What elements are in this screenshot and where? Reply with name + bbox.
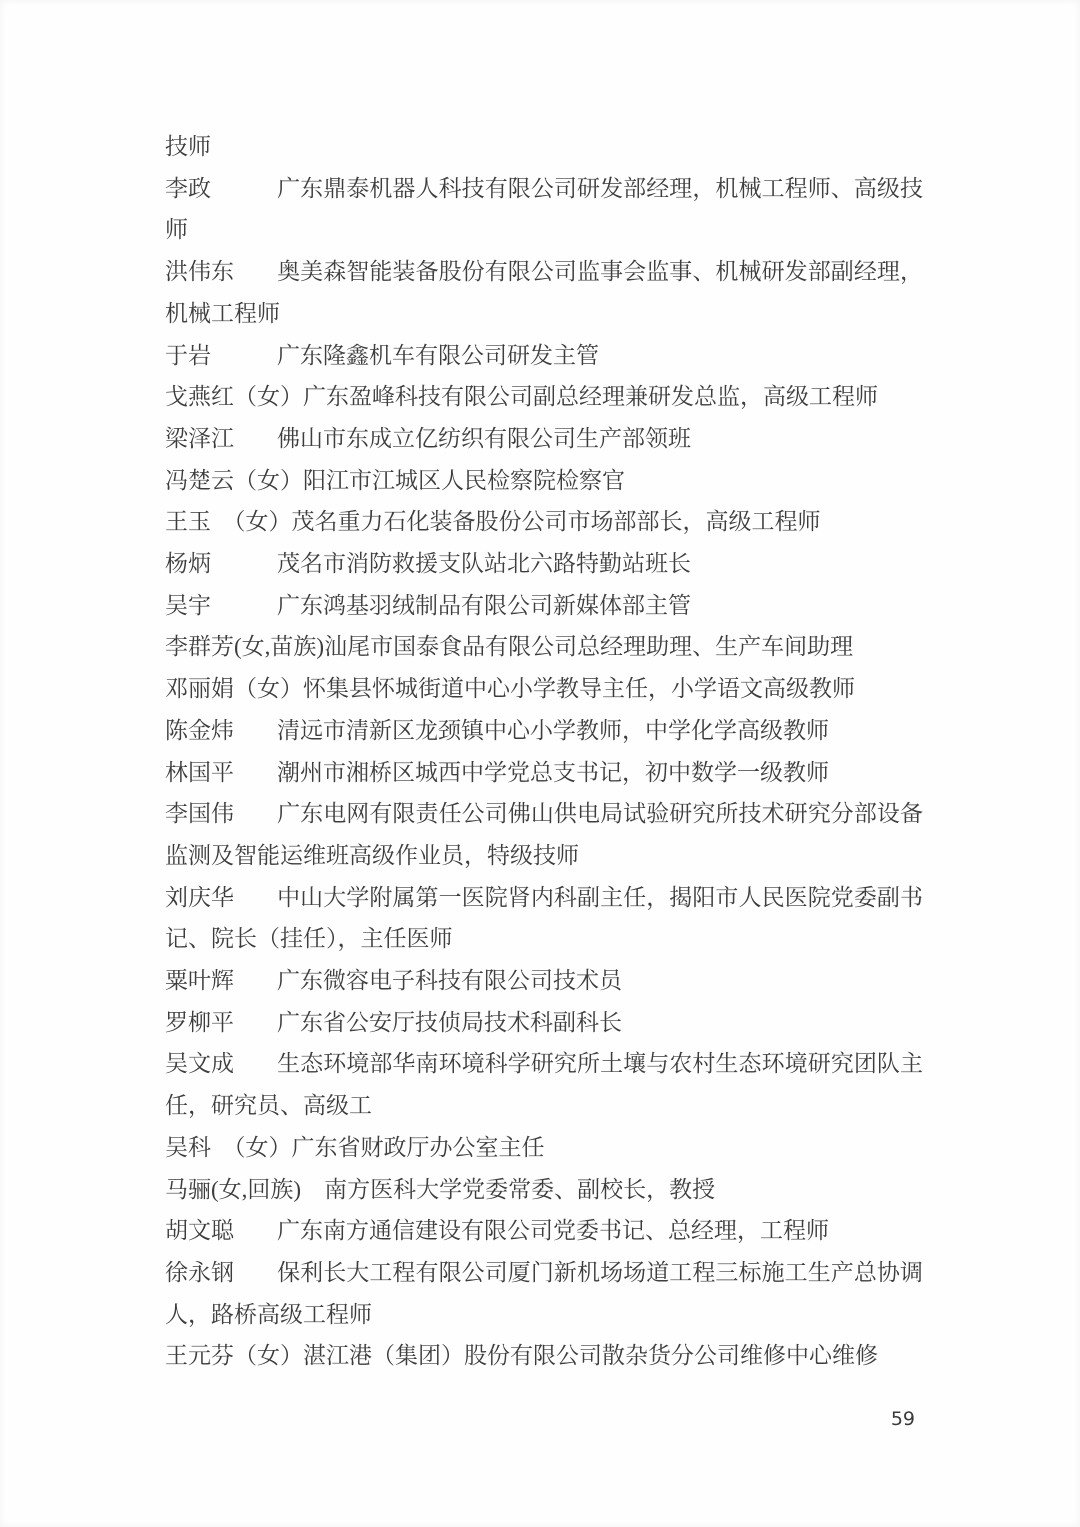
- person-title: 广东鼎泰机器人科技有限公司研发部经理，机械工程师、高级技师: [165, 176, 923, 243]
- person-name: 技师: [165, 126, 277, 168]
- person-name: 冯楚云（女）: [165, 460, 303, 502]
- list-item: 马骊(女,回族) 南方医科大学党委常委、副校长，教授: [165, 1169, 923, 1211]
- person-name: 邓丽娟（女）: [165, 668, 303, 710]
- person-title: 广东鸿基羽绒制品有限公司新媒体部主管: [277, 593, 691, 618]
- person-title: 广东电网有限责任公司佛山供电局试验研究所技术研究分部设备监测及智能运维班高级作业…: [165, 801, 923, 868]
- list-item: 粟叶辉广东微容电子科技有限公司技术员: [165, 960, 923, 1002]
- document-page: 技师 李政广东鼎泰机器人科技有限公司研发部经理，机械工程师、高级技师 洪伟东奥美…: [0, 0, 1080, 1527]
- person-title: 南方医科大学党委常委、副校长，教授: [324, 1177, 715, 1202]
- list-item: 于岩广东隆鑫机车有限公司研发主管: [165, 335, 923, 377]
- list-item: 李国伟广东电网有限责任公司佛山供电局试验研究所技术研究分部设备监测及智能运维班高…: [165, 793, 923, 876]
- person-name: 粟叶辉: [165, 960, 277, 1002]
- page-number: 59: [891, 1408, 915, 1430]
- person-title: 潮州市湘桥区城西中学党总支书记，初中数学一级教师: [277, 760, 829, 785]
- person-title: 茂名重力石化装备股份公司市场部部长，高级工程师: [292, 509, 821, 534]
- person-title: 汕尾市国泰食品有限公司总经理助理、生产车间助理: [324, 634, 853, 659]
- person-name: 陈金炜: [165, 710, 277, 752]
- person-title: 广东盈峰科技有限公司副总经理兼研发总监，高级工程师: [303, 384, 878, 409]
- person-name: 王元芬（女）: [165, 1335, 303, 1377]
- list-item: 梁泽江佛山市东成立亿纺织有限公司生产部领班: [165, 418, 923, 460]
- person-title: 广东南方通信建设有限公司党委书记、总经理，工程师: [277, 1218, 829, 1243]
- person-title: 湛江港（集团）股份有限公司散杂货分公司维修中心维修: [303, 1343, 878, 1368]
- person-name: 吴宇: [165, 585, 277, 627]
- person-title: 广东隆鑫机车有限公司研发主管: [277, 343, 599, 368]
- person-title: 清远市清新区龙颈镇中心小学教师，中学化学高级教师: [277, 718, 829, 743]
- list-item: 徐永钢保利长大工程有限公司厦门新机场场道工程三标施工生产总协调人，路桥高级工程师: [165, 1252, 923, 1335]
- person-name: 李群芳(女,苗族): [165, 626, 324, 668]
- person-title: 怀集县怀城街道中心小学教导主任，小学语文高级教师: [303, 676, 855, 701]
- list-item: 吴文成生态环境部华南环境科学研究所土壤与农村生态环境研究团队主任，研究员、高级工: [165, 1043, 923, 1126]
- list-item: 戈燕红（女）广东盈峰科技有限公司副总经理兼研发总监，高级工程师: [165, 376, 923, 418]
- person-name: 洪伟东: [165, 251, 277, 293]
- person-name: 李政: [165, 168, 277, 210]
- person-title: 广东省公安厅技侦局技术科副科长: [277, 1010, 622, 1035]
- person-name: 罗柳平: [165, 1002, 277, 1044]
- list-item: 李政广东鼎泰机器人科技有限公司研发部经理，机械工程师、高级技师: [165, 168, 923, 251]
- person-name: 戈燕红（女）: [165, 376, 303, 418]
- person-title: 阳江市江城区人民检察院检察官: [303, 468, 625, 493]
- list-item: 洪伟东奥美森智能装备股份有限公司监事会监事、机械研发部副经理，机械工程师: [165, 251, 923, 334]
- person-name: 胡文聪: [165, 1210, 277, 1252]
- person-title: 广东省财政厅办公室主任: [292, 1135, 545, 1160]
- list-item: 林国平潮州市湘桥区城西中学党总支书记，初中数学一级教师: [165, 752, 923, 794]
- list-item: 吴科 （女）广东省财政厅办公室主任: [165, 1127, 923, 1169]
- person-title: 佛山市东成立亿纺织有限公司生产部领班: [277, 426, 691, 451]
- list-item: 冯楚云（女）阳江市江城区人民检察院检察官: [165, 460, 923, 502]
- person-name: 马骊(女,回族): [165, 1169, 324, 1211]
- person-name: 王玉 （女）: [165, 501, 292, 543]
- person-name: 李国伟: [165, 793, 277, 835]
- list-item: 刘庆华中山大学附属第一医院肾内科副主任，揭阳市人民医院党委副书记、院长（挂任），…: [165, 877, 923, 960]
- list-item: 李群芳(女,苗族)汕尾市国泰食品有限公司总经理助理、生产车间助理: [165, 626, 923, 668]
- person-name: 徐永钢: [165, 1252, 277, 1294]
- person-title: 茂名市消防救援支队站北六路特勤站班长: [277, 551, 691, 576]
- person-title: 奥美森智能装备股份有限公司监事会监事、机械研发部副经理，机械工程师: [165, 259, 923, 326]
- list-item: 杨炳茂名市消防救援支队站北六路特勤站班长: [165, 543, 923, 585]
- list-item: 罗柳平广东省公安厅技侦局技术科副科长: [165, 1002, 923, 1044]
- person-name: 刘庆华: [165, 877, 277, 919]
- person-name: 杨炳: [165, 543, 277, 585]
- person-name: 林国平: [165, 752, 277, 794]
- person-name: 梁泽江: [165, 418, 277, 460]
- person-name: 吴科 （女）: [165, 1127, 292, 1169]
- person-name: 吴文成: [165, 1043, 277, 1085]
- list-item: 王元芬（女）湛江港（集团）股份有限公司散杂货分公司维修中心维修: [165, 1335, 923, 1377]
- person-title: 保利长大工程有限公司厦门新机场场道工程三标施工生产总协调人，路桥高级工程师: [165, 1260, 923, 1327]
- list-item: 王玉 （女）茂名重力石化装备股份公司市场部部长，高级工程师: [165, 501, 923, 543]
- list-item: 邓丽娟（女）怀集县怀城街道中心小学教导主任，小学语文高级教师: [165, 668, 923, 710]
- person-title: 广东微容电子科技有限公司技术员: [277, 968, 622, 993]
- person-title: 生态环境部华南环境科学研究所土壤与农村生态环境研究团队主任，研究员、高级工: [165, 1051, 923, 1118]
- page-footer: 59: [165, 1408, 915, 1430]
- person-title: 中山大学附属第一医院肾内科副主任，揭阳市人民医院党委副书记、院长（挂任），主任医…: [165, 885, 923, 952]
- list-item: 陈金炜清远市清新区龙颈镇中心小学教师，中学化学高级教师: [165, 710, 923, 752]
- honor-roll-list: 技师 李政广东鼎泰机器人科技有限公司研发部经理，机械工程师、高级技师 洪伟东奥美…: [165, 126, 923, 1377]
- list-item: 吴宇广东鸿基羽绒制品有限公司新媒体部主管: [165, 585, 923, 627]
- person-name: 于岩: [165, 335, 277, 377]
- list-item: 胡文聪广东南方通信建设有限公司党委书记、总经理，工程师: [165, 1210, 923, 1252]
- list-item: 技师: [165, 126, 923, 168]
